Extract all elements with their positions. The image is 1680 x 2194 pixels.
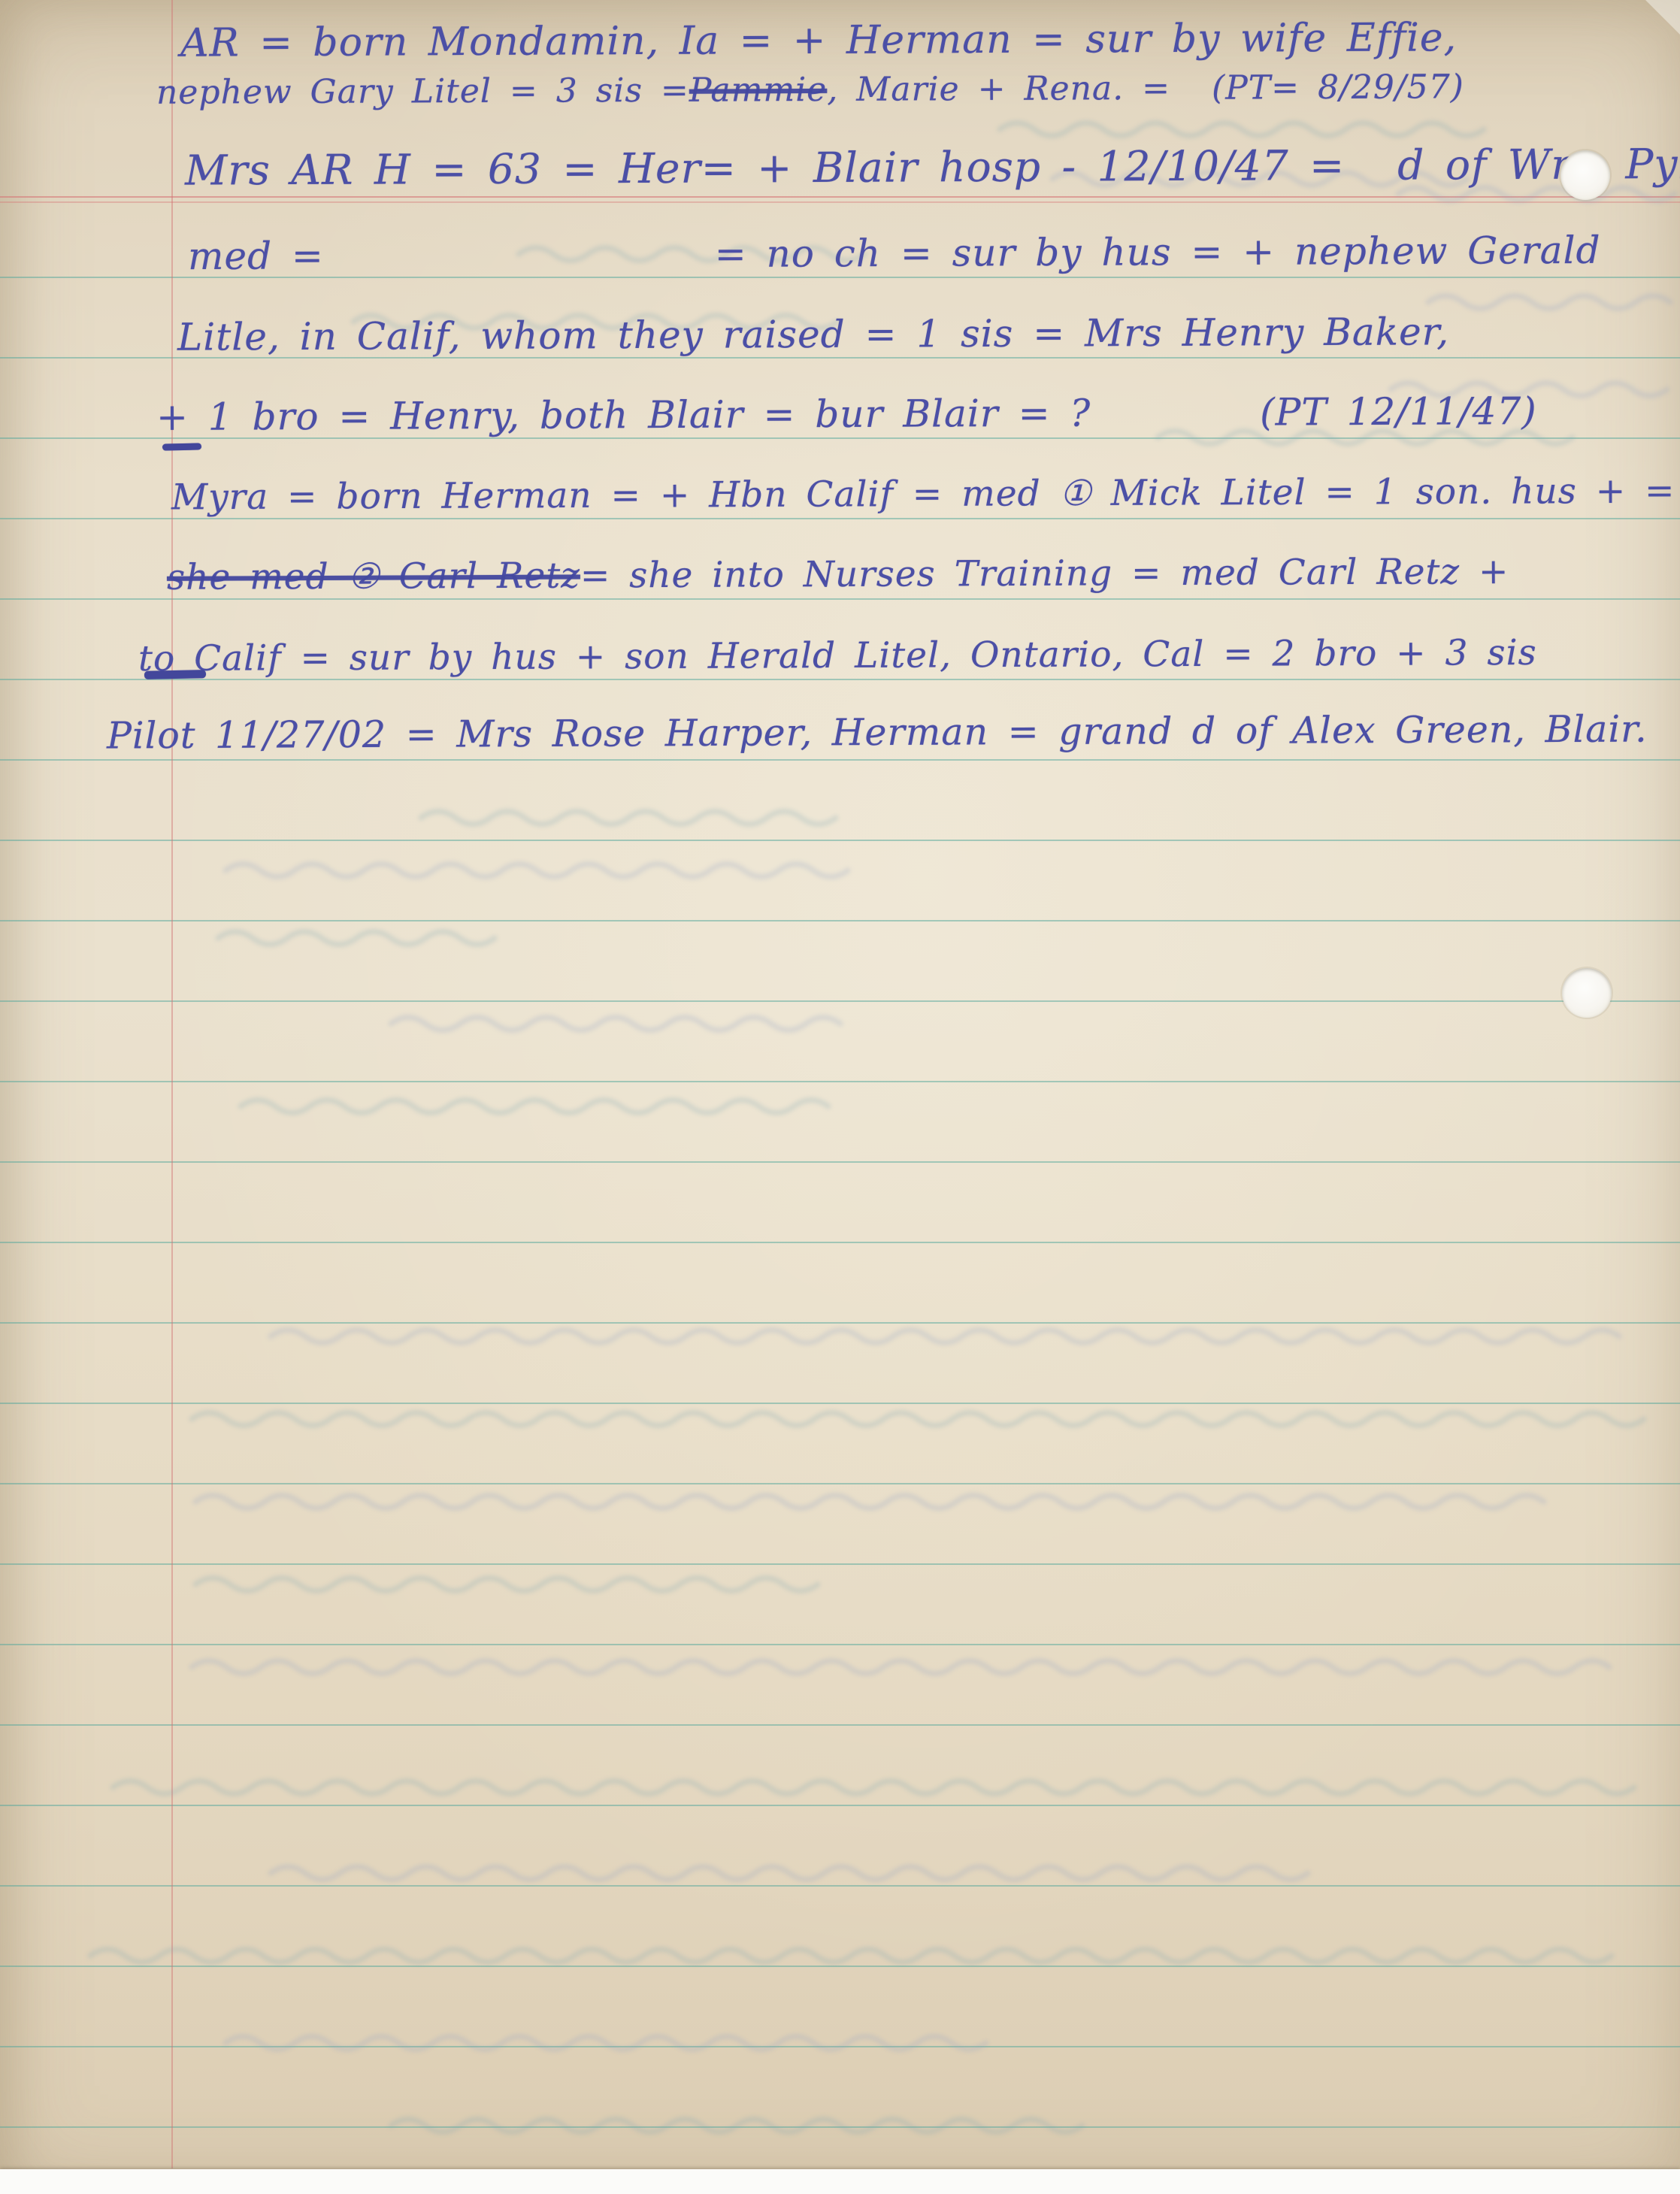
- bleedthrough-squiggle: [90, 1950, 1612, 1962]
- handwriting-segment: = she into Nurses Training = med Carl Re…: [580, 551, 1509, 596]
- bleedthrough-squiggle: [192, 1661, 1609, 1674]
- bleedthrough-squiggle: [195, 1578, 818, 1591]
- note-line-6: + 1 bro = Henry, both Blair = bur Blair …: [156, 389, 1537, 439]
- corner-fold: [1645, 0, 1680, 35]
- struck-text: Pammie: [689, 71, 828, 110]
- handwriting-segment: (PT 12/11/47): [1260, 389, 1537, 434]
- bleedthrough-squiggle: [1428, 296, 1670, 309]
- bleedthrough-squiggle: [391, 1018, 840, 1030]
- bleedthrough-squiggle: [195, 1496, 1544, 1509]
- handwriting-segment: Litle, in Calif, whom they raised = 1 si…: [177, 310, 1449, 359]
- bleedthrough-squiggle: [218, 932, 495, 945]
- bleedthrough-squiggle: [1000, 123, 1484, 136]
- handwriting-segment: med =: [188, 234, 324, 278]
- note-line-5: Litle, in Calif, whom they raised = 1 si…: [177, 310, 1449, 359]
- handwriting-segment: Pilot 11/27/02 = Mrs Rose Harper, Herman…: [107, 708, 1648, 758]
- note-line-7: Myra = born Herman = + Hbn Calif = med ①…: [171, 471, 1675, 519]
- bleedthrough-squiggle: [271, 1867, 1308, 1880]
- handwriting-segment: to Calif = sur by hus + son Herald Litel…: [138, 632, 1537, 679]
- note-line-9: to Calif = sur by hus + son Herald Litel…: [138, 632, 1537, 679]
- bleedthrough-squiggle: [1398, 188, 1675, 201]
- bleedthrough-squiggle: [241, 1100, 828, 1113]
- note-line-8: she med ② Carl Retz = she into Nurses Tr…: [167, 551, 1509, 598]
- bleedthrough-squiggle: [391, 2120, 1082, 2132]
- note-line-10: Pilot 11/27/02 = Mrs Rose Harper, Herman…: [107, 708, 1648, 758]
- ink-underline-mark: [162, 443, 201, 450]
- handwriting-segment: (PT= 8/29/57): [1212, 68, 1464, 107]
- notebook-page: AR = born Mondamin, Ia = + Herman = sur …: [0, 0, 1680, 2194]
- handwriting-segment: nephew Gary Litel = 3 sis =: [156, 71, 689, 112]
- punch-hole: [1562, 968, 1612, 1018]
- struck-text: she med ② Carl Retz: [167, 555, 580, 598]
- handwriting-segment: AR = born Mondamin, Ia = + Herman = sur …: [180, 15, 1457, 65]
- bleedthrough-squiggle: [192, 1413, 1644, 1426]
- handwriting-segment: + 1 bro = Henry, both Blair = bur Blair …: [156, 392, 1091, 439]
- handwriting-segment: Myra = born Herman = + Hbn Calif = med ①…: [171, 471, 1675, 519]
- punch-hole: [1560, 150, 1610, 200]
- bleedthrough-squiggle: [226, 864, 848, 877]
- scanner-edge: [0, 2169, 1680, 2194]
- bleedthrough-squiggle: [113, 1781, 1634, 1794]
- ink-underline-mark: [144, 670, 206, 679]
- note-line-4: med == no ch = sur by hus = + nephew Ger…: [188, 228, 1601, 278]
- bleedthrough-squiggle: [421, 812, 836, 825]
- note-line-3: Mrs AR H = 63 = Her= + Blair hosp - 12/1…: [185, 139, 1680, 194]
- bleedthrough-squiggle: [271, 1330, 1619, 1343]
- handwriting-segment: d of Wm. Pyles =: [1397, 139, 1680, 189]
- handwriting-segment: , Marie + Rena. =: [827, 69, 1170, 109]
- note-line-1: AR = born Mondamin, Ia = + Herman = sur …: [180, 15, 1457, 65]
- bleedthrough-squiggle: [226, 2037, 986, 2050]
- handwriting-segment: = no ch = sur by hus = + nephew Gerald: [715, 228, 1601, 276]
- note-line-2: nephew Gary Litel = 3 sis = Pammie, Mari…: [156, 68, 1464, 112]
- handwriting-segment: Mrs AR H = 63 = Her= + Blair hosp - 12/1…: [185, 141, 1345, 195]
